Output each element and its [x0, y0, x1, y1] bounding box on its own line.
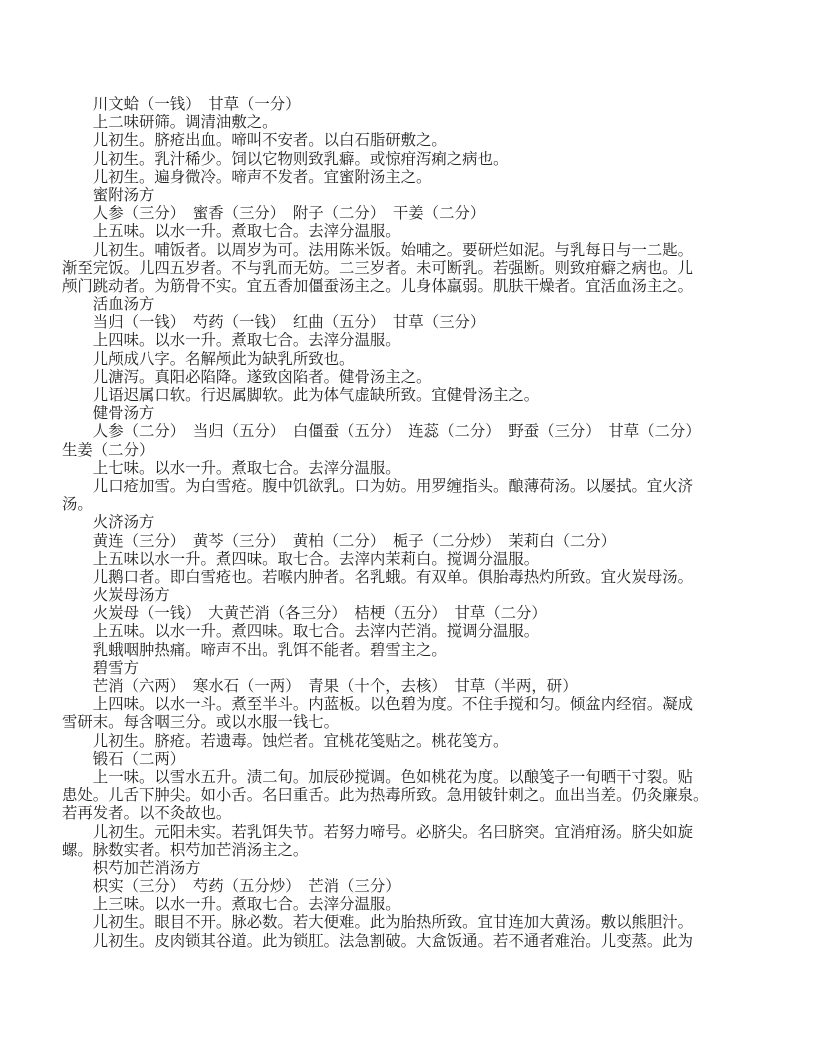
text-line: 汤。 [62, 495, 762, 513]
text-line: 枳芍加芒消汤方 [62, 859, 762, 877]
text-line: 儿初生。遍身微冷。啼声不发者。宜蜜附汤主之。 [62, 168, 762, 186]
text-line: 上七味。以水一升。煮取七合。去滓分温服。 [62, 459, 762, 477]
text-line: 锻石（二两） [62, 750, 762, 768]
text-line: 渐至完饭。儿四五岁者。不与乳而无妨。二三岁者。未可断乳。若强断。则致疳癖之病也。… [62, 259, 762, 277]
text-line: 川文蛤（一钱） 甘草（一分） [62, 95, 762, 113]
text-line: 人参（三分） 蜜香（三分） 附子（二分） 干姜（二分） [62, 204, 762, 222]
text-line: 若再发者。以不灸故也。 [62, 804, 762, 822]
text-line: 儿颅成八字。名解颅此为缺乳所致也。 [62, 350, 762, 368]
text-line: 儿初生。脐疮。若遗毒。蚀烂者。宜桃花笺贴之。桃花笺方。 [62, 732, 762, 750]
text-line: 颅门跳动者。为筋骨不实。宜五香加僵蚕汤主之。儿身体羸弱。肌肤干燥者。宜活血汤主之… [62, 277, 762, 295]
document-page: 川文蛤（一钱） 甘草（一分）上二味研筛。调清油敷之。儿初生。脐疮出血。啼叫不安者… [0, 0, 816, 1056]
text-line: 儿初生。元阳未实。若乳饵失节。若努力啼号。必脐尖。名曰脐突。宜消疳汤。脐尖如旋 [62, 823, 762, 841]
text-line: 活血汤方 [62, 295, 762, 313]
text-line: 黄连（三分） 黄芩（三分） 黄柏（二分） 栀子（二分炒） 茉莉白（二分） [62, 532, 762, 550]
text-line: 儿初生。乳汁稀少。饲以它物则致乳癖。或惊疳泻痢之病也。 [62, 150, 762, 168]
text-line: 碧雪方 [62, 659, 762, 677]
text-line: 螺。脉数实者。枳芍加芒消汤主之。 [62, 841, 762, 859]
text-line: 上五味以水一升。煮四味。取七合。去滓内茉莉白。搅调分温服。 [62, 550, 762, 568]
text-line: 雪研末。每含咽三分。或以水服一钱七。 [62, 713, 762, 731]
text-line: 生姜（二分） [62, 441, 762, 459]
text-line: 儿鹅口者。即白雪疮也。若喉内肿者。名乳蛾。有双单。俱胎毒热灼所致。宜火炭母汤。 [62, 568, 762, 586]
text-line: 患处。儿舌下肿尖。如小舌。名曰重舌。此为热毒所致。急用铍针刺之。血出当差。仍灸廉… [62, 786, 762, 804]
text-line: 上五味。以水一升。煮取七合。去滓分温服。 [62, 222, 762, 240]
text-line: 上五味。以水一升。煮四味。取七合。去滓内芒消。搅调分温服。 [62, 622, 762, 640]
text-line: 儿初生。皮肉锁其谷道。此为锁肛。法急割破。大盒饭通。若不通者难治。儿变蒸。此为 [62, 932, 762, 950]
text-line: 儿口疮加雪。为白雪疮。腹中饥欲乳。口为妨。用罗缠指头。酿薄荷汤。以屡拭。宜火济 [62, 477, 762, 495]
text-line: 上一味。以雪水五升。渍二旬。加辰砂搅调。色如桃花为度。以酿笺子一旬晒干寸裂。贴 [62, 768, 762, 786]
text-line: 儿初生。脐疮出血。啼叫不安者。以白石脂研敷之。 [62, 131, 762, 149]
text-line: 上四味。以水一升。煮取七合。去滓分温服。 [62, 331, 762, 349]
text-line: 芒消（六两） 寒水石（一两） 青果（十个，去核） 甘草（半两，研） [62, 677, 762, 695]
text-line: 火济汤方 [62, 513, 762, 531]
text-line: 儿语迟属口软。行迟属脚软。此为体气虚缺所致。宜健骨汤主之。 [62, 386, 762, 404]
text-line: 火炭母汤方 [62, 586, 762, 604]
text-line: 儿初生。眼目不开。脉必数。若大便难。此为胎热所致。宜甘连加大黄汤。敷以熊胆汁。 [62, 913, 762, 931]
text-line: 当归（一钱） 芍药（一钱） 红曲（五分） 甘草（三分） [62, 313, 762, 331]
text-line: 健骨汤方 [62, 404, 762, 422]
text-line: 儿初生。哺饭者。以周岁为可。法用陈米饭。始哺之。要研烂如泥。与乳每日与一二匙。 [62, 241, 762, 259]
text-line: 人参（二分） 当归（五分） 白僵蚕（五分） 连蕊（二分） 野蚕（三分） 甘草（二… [62, 422, 762, 440]
text-line: 枳实（三分） 芍药（五分炒） 芒消（三分） [62, 877, 762, 895]
text-line: 火炭母（一钱） 大黄芒消（各三分） 桔梗（五分） 甘草（二分） [62, 604, 762, 622]
text-line: 上三味。以水一升。煮取七合。去滓分温服。 [62, 895, 762, 913]
text-line: 上二味研筛。调清油敷之。 [62, 113, 762, 131]
document-body: 川文蛤（一钱） 甘草（一分）上二味研筛。调清油敷之。儿初生。脐疮出血。啼叫不安者… [62, 95, 762, 950]
text-line: 乳蛾咽肿热痛。啼声不出。乳饵不能者。碧雪主之。 [62, 641, 762, 659]
text-line: 儿溏泻。真阳必陷降。遂致囟陷者。健骨汤主之。 [62, 368, 762, 386]
text-line: 蜜附汤方 [62, 186, 762, 204]
text-line: 上四味。以水一斗。煮至半斗。内蓝板。以色碧为度。不住手搅和匀。倾盆内经宿。凝成 [62, 695, 762, 713]
